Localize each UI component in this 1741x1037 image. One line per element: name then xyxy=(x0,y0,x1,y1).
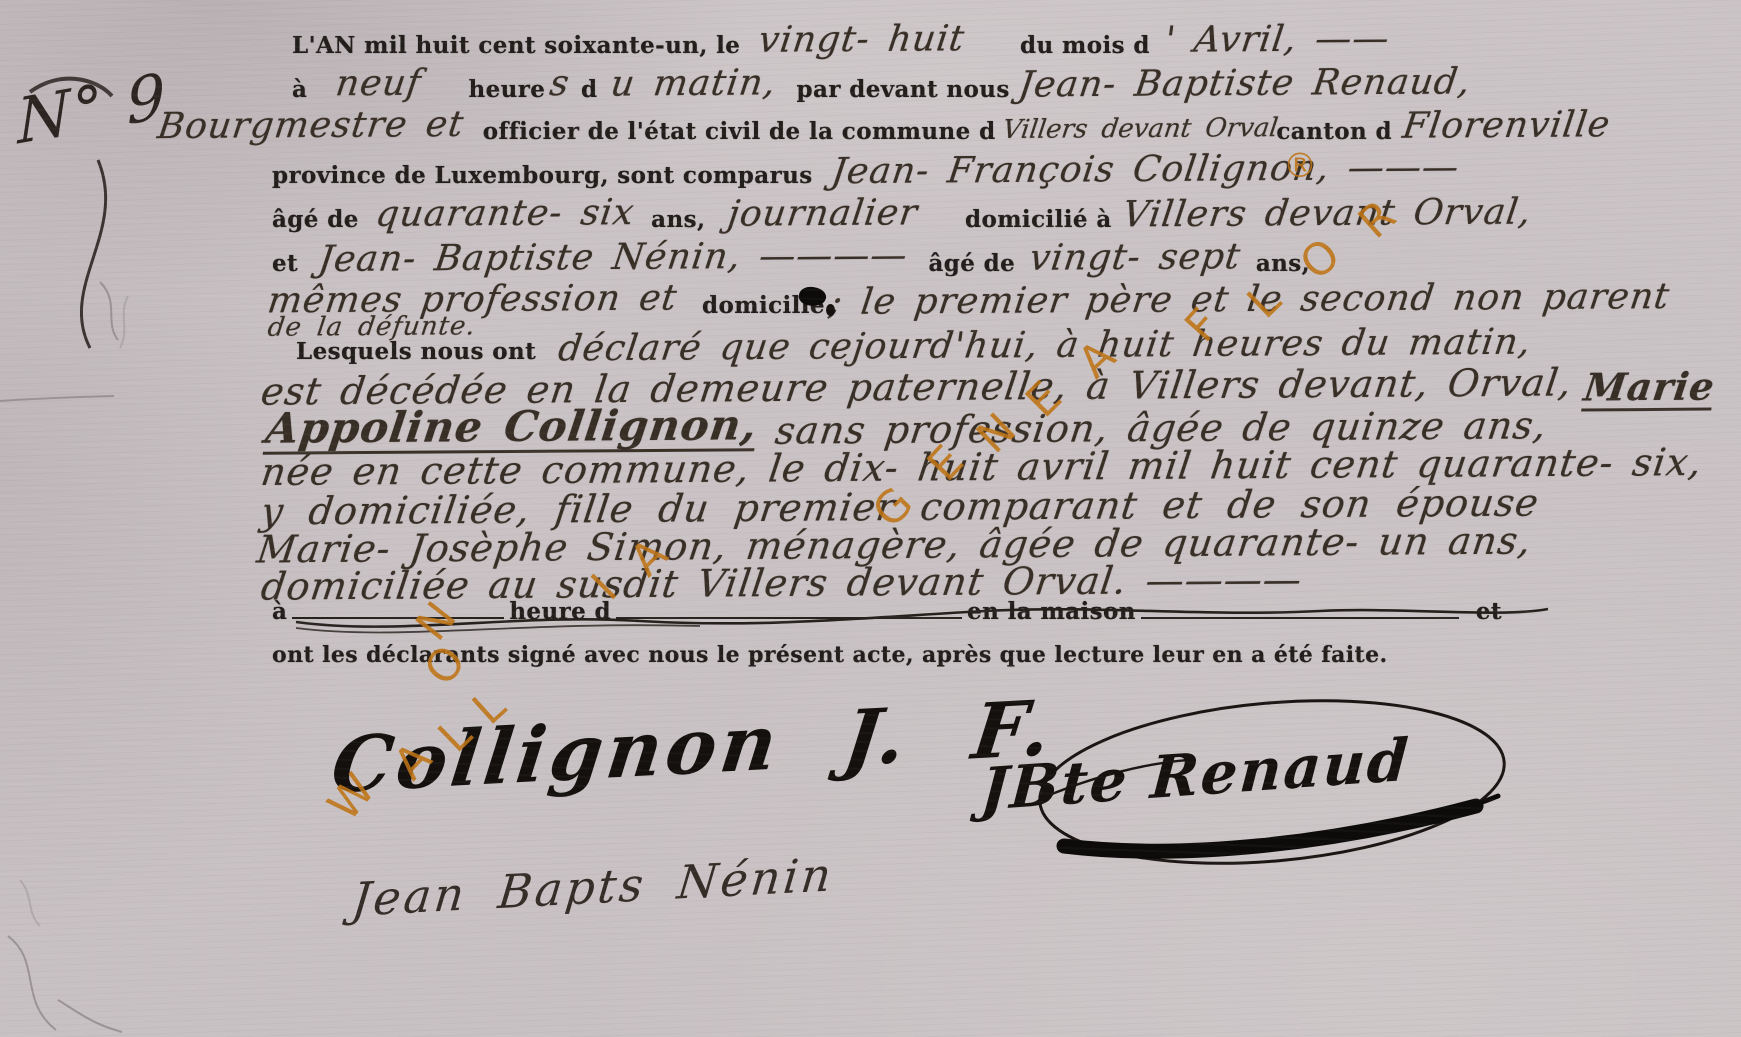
printed-text: du mois d xyxy=(1020,32,1150,59)
printed-text: et xyxy=(1476,598,1502,625)
printed-text: province de Luxembourg, sont comparus xyxy=(272,162,813,189)
printed-text: par devant nous xyxy=(797,76,1010,103)
printed-text: heure xyxy=(469,76,546,103)
handwritten-text: Jean- Baptiste Renaud, xyxy=(1016,64,1473,103)
act-line-15: àheure den la maisonet xyxy=(272,600,1502,623)
handwritten-text: Jean- François Collignon, ——— xyxy=(829,150,1461,190)
printed-text: âgé de xyxy=(928,250,1015,277)
printed-text: ans, xyxy=(1256,250,1310,277)
handwritten-text: Florenville xyxy=(1401,107,1613,144)
act-line-7: mêmes profession et domicilié ; le premi… xyxy=(268,284,1669,320)
handwritten-text: s xyxy=(548,66,572,102)
handwritten-text: Bourgmestre et xyxy=(155,107,466,145)
handwritten-text: journalier xyxy=(726,195,920,232)
blank-rule xyxy=(616,603,962,619)
printed-text: et xyxy=(272,250,298,277)
act-line-2: à neuf heure s d u matin, par devant nou… xyxy=(292,68,1470,104)
printed-text: heure d xyxy=(509,598,611,625)
handwritten-text: vingt- sept xyxy=(1028,239,1243,276)
act-line-1: L'AN mil huit cent soixante-un, le vingt… xyxy=(292,24,1389,60)
printed-text: ans, xyxy=(651,206,705,233)
handwritten-text: u matin, xyxy=(608,65,778,102)
act-line-6: et Jean- Baptiste Nénin, ———— âgé de vin… xyxy=(272,242,1310,278)
blank-rule xyxy=(292,603,504,619)
printed-text: en la maison xyxy=(967,598,1136,625)
act-line-8: Lesquels nous ont déclaré que cejourd'hu… xyxy=(296,330,1531,366)
printed-text: d xyxy=(581,76,597,103)
handwritten-text: Jean- Baptiste Nénin, ———— xyxy=(316,238,910,278)
act-line-4: province de Luxembourg, sont comparus Je… xyxy=(272,154,1459,190)
pencil-marks xyxy=(0,282,128,1032)
handwritten-text: ' Avril, —— xyxy=(1162,21,1391,59)
handwritten-text-underlined: Marie xyxy=(1581,368,1717,412)
handwritten-text: neuf xyxy=(334,66,424,103)
handwritten-text: Villers devant Orval xyxy=(1001,115,1279,143)
ink-blot xyxy=(826,304,835,316)
printed-text: ont les déclarants signé avec nous le pr… xyxy=(272,642,1388,668)
margin-act-number: N° 9 xyxy=(16,58,169,158)
handwritten-text: domiciliée au susdit Villers devant Orva… xyxy=(259,560,1305,605)
printed-text: à xyxy=(272,598,287,625)
act-line-3: Bourgmestre et officier de l'état civil … xyxy=(158,110,1610,146)
scanned-civil-record-page: N° 9 L'AN mil huit cent soixante-un, le … xyxy=(0,0,1741,1037)
handwritten-text: quarante- six xyxy=(373,195,636,233)
act-line-5: âgé de quarante- six ans, journalier dom… xyxy=(272,198,1531,234)
printed-text: à xyxy=(292,76,307,103)
printed-text: domicilié à xyxy=(965,206,1112,233)
printed-text: canton d xyxy=(1276,118,1392,145)
signature-nenin: Jean Bapts Nénin xyxy=(349,847,836,927)
handwritten-text: ; le premier père et le second non paren… xyxy=(827,279,1672,321)
act-line-16: ont les déclarants signé avec nous le pr… xyxy=(272,644,1388,666)
printed-text: officier de l'état civil de la commune d xyxy=(483,118,996,145)
handwritten-text: vingt- huit xyxy=(757,21,968,58)
handwritten-text: Villers devant Orval, xyxy=(1120,195,1533,234)
printed-text: L'AN mil huit cent soixante-un, le xyxy=(292,32,740,59)
printed-text: Lesquels nous ont xyxy=(296,338,536,365)
signature-collignon: Collignon J. F. xyxy=(327,683,1059,811)
blank-rule xyxy=(1141,603,1459,619)
act-line-14: domiciliée au susdit Villers devant Orva… xyxy=(262,566,1302,604)
printed-text: âgé de xyxy=(272,206,359,233)
